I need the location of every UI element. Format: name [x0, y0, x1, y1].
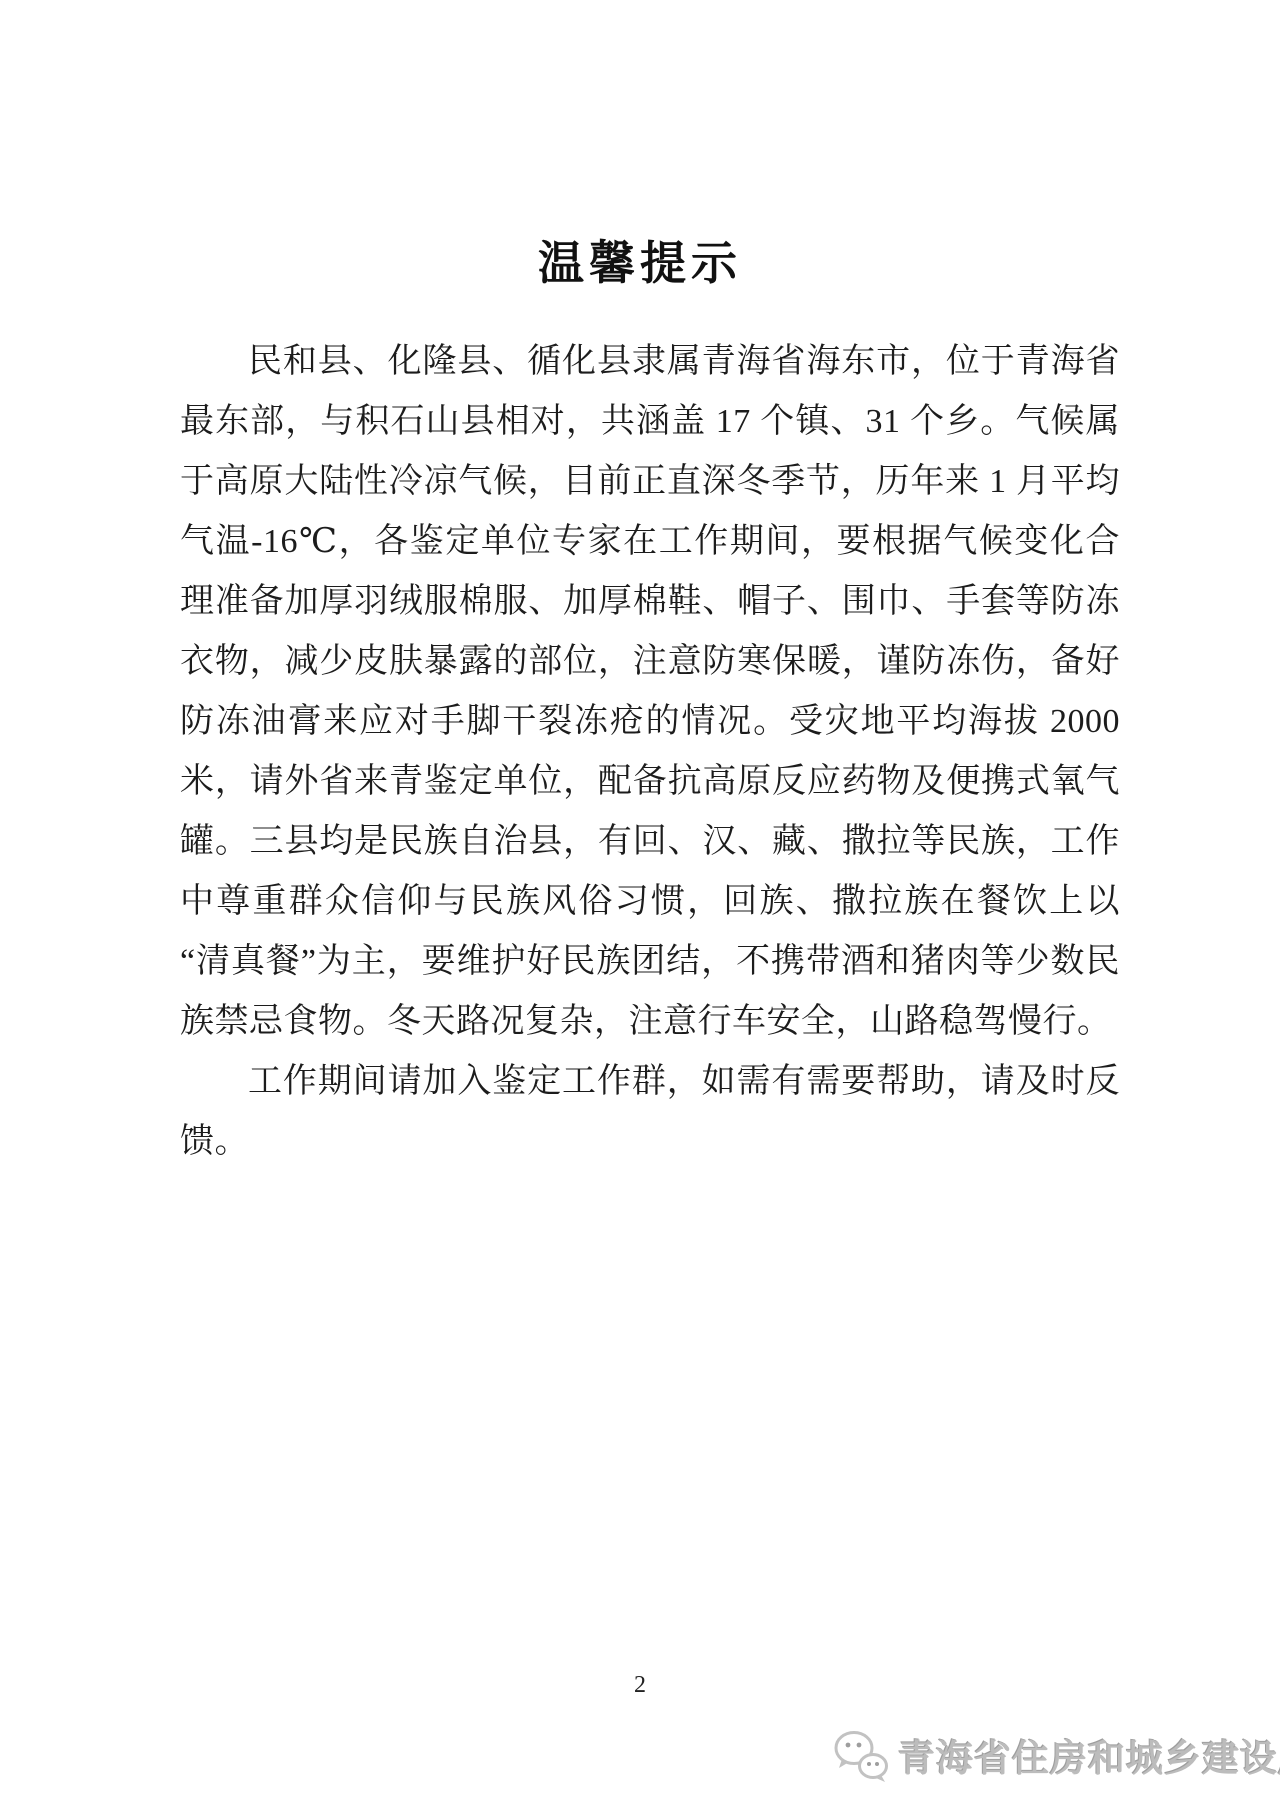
document-body: 民和县、化隆县、循化县隶属青海省海东市，位于青海省最东部，与积石山县相对，共涵盖… — [180, 332, 1120, 1172]
body-paragraph: 民和县、化隆县、循化县隶属青海省海东市，位于青海省最东部，与积石山县相对，共涵盖… — [180, 332, 1120, 1052]
page-number: 2 — [0, 1672, 1280, 1699]
wechat-icon — [832, 1726, 890, 1784]
page-title: 温馨提示 — [0, 227, 1280, 293]
footer-org-name: 青海省住房和城乡建设厅 — [898, 1728, 1280, 1782]
document-page: 温馨提示 民和县、化隆县、循化县隶属青海省海东市，位于青海省最东部，与积石山县相… — [0, 0, 1280, 1810]
footer-brand: 青海省住房和城乡建设厅 — [832, 1726, 1280, 1784]
body-paragraph: 工作期间请加入鉴定工作群，如需有需要帮助，请及时反馈。 — [180, 1052, 1120, 1172]
